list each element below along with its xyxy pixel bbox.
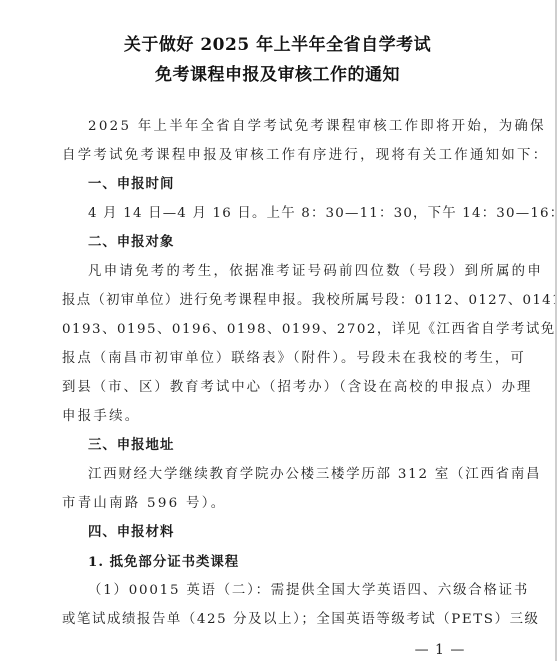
document-title-line-1: 关于做好 2025 年上半年全省自学考试 [0,30,555,55]
section-address-line-2: 市青山南路 596 号）。 [62,495,226,513]
section-heading-target: 二、申报对象 [88,234,174,252]
section-heading-address: 三、申报地址 [88,437,174,455]
section-target-line-5: 到县（市、区）教育考试中心（招考办）（含设在高校的申报点）办理 [62,379,532,397]
section-materials-line-2: 或笔试成绩报告单（425 分及以上）；全国英语等级考试（PETS）三级 [62,611,540,629]
section-heading-time: 一、申报时间 [88,176,174,194]
section-target-line-4: 报点（南昌市初审单位）联络表》（附件）。号段未在我校的考生，可 [62,350,526,368]
section-target-line-3: 0193、0195、0196、0198、0199、2702，详见《江西省自学考试… [62,321,557,339]
section-address-line-1: 江西财经大学继续教育学院办公楼三楼学历部 312 室（江西省南昌 [88,466,541,484]
section-target-line-6: 申报手续。 [62,408,140,426]
document-page: 关于做好 2025 年上半年全省自学考试 免考课程申报及审核工作的通知 2025… [0,0,555,661]
intro-line-2: 自学考试免考课程申报及审核工作有序进行，现将有关工作通知如下： [62,147,548,165]
section-heading-materials: 四、申报材料 [88,524,174,542]
section-target-line-1: 凡申请免考的考生，依据准考证号码前四位数（号段）到所属的申 [88,263,543,281]
section-materials-line-1: （1）00015 英语（二）：需提供全国大学英语四、六级合格证书 [88,582,529,600]
subsection-heading-certificate-courses: 1. 抵免部分证书类课程 [88,553,239,571]
section-time-line-1: 4 月 14 日—4 月 16 日。上午 8：30—11：30，下午 14：30… [88,205,557,223]
section-target-line-2: 报点（初审单位）进行免考课程申报。我校所属号段：0112、0127、0141、 [62,292,557,310]
document-title-line-2: 免考课程申报及审核工作的通知 [0,60,555,85]
page-number: — 1 — [400,642,480,658]
intro-line-1: 2025 年上半年全省自学考试免考课程审核工作即将开始，为确保 [88,118,546,136]
